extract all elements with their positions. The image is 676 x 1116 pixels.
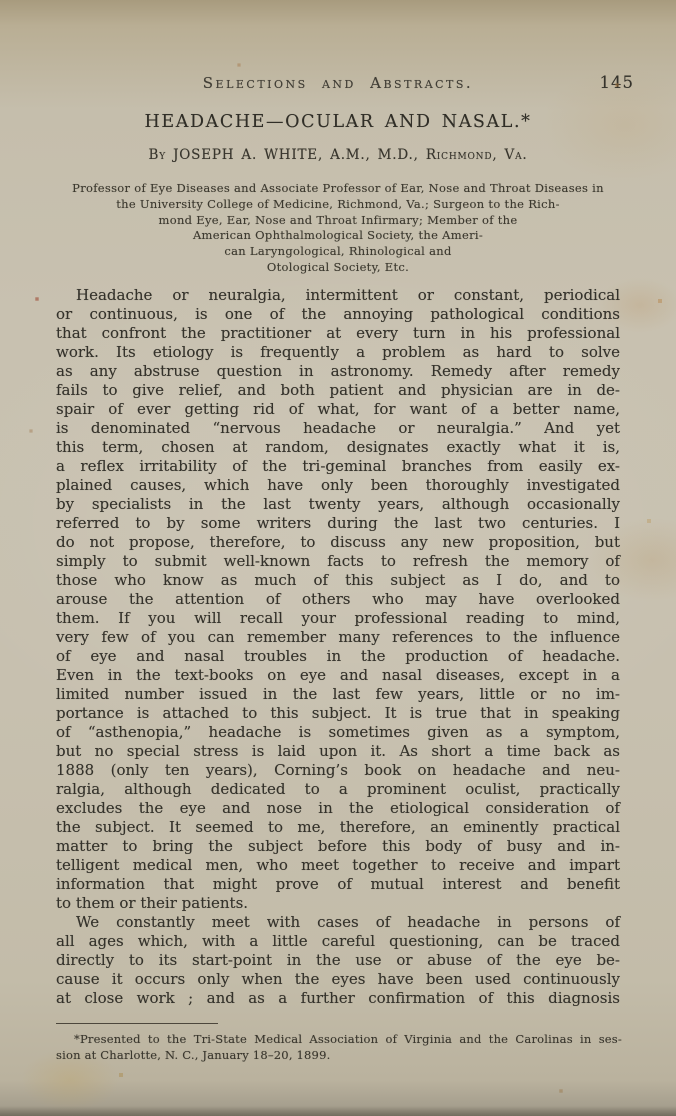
text-line: Otological Society, Etc. (30, 260, 646, 276)
body-paragraph: Headache or neuralgia, intermittent or c… (56, 286, 620, 913)
text-line: work. Its etiology is frequently a probl… (56, 343, 620, 362)
text-line: ralgia, although dedicated to a prominen… (56, 780, 620, 799)
text-line: this term, chosen at random, designates … (56, 438, 620, 457)
text-line: the subject. It seemed to me, therefore,… (56, 818, 620, 837)
byline-author-name: JOSEPH A. WHITE, A.M., M.D., (173, 147, 426, 163)
text-line: directly to its start-point in the use o… (56, 951, 620, 970)
byline-prefix: By (149, 147, 174, 163)
text-line: 1888 (only ten years), Corning’s book on… (56, 761, 620, 780)
text-line: is denominated “nervous headache or neur… (56, 419, 620, 438)
scan-bottom-edge (0, 1106, 676, 1116)
text-line: the University College of Medicine, Rich… (30, 197, 646, 213)
text-line: very few of you can remember many refere… (56, 628, 620, 647)
text-line: do not propose, therefore, to discuss an… (56, 533, 620, 552)
article-body: Headache or neuralgia, intermittent or c… (56, 286, 620, 1008)
text-line: portance is attached to this subject. It… (56, 704, 620, 723)
text-line: mond Eye, Ear, Nose and Throat Infirmary… (30, 213, 646, 229)
text-line: telligent medical men, who meet together… (56, 856, 620, 875)
article-title: HEADACHE—OCULAR AND NASAL.* (0, 112, 676, 132)
text-line: all ages which, with a little careful qu… (56, 932, 620, 951)
text-line: of “asthenopia,” headache is sometimes g… (56, 723, 620, 742)
text-line: sion at Charlotte, N. C., January 18–20,… (56, 1048, 622, 1064)
text-line: Even in the text-books on eye and nasal … (56, 666, 620, 685)
text-line: arouse the attention of others who may h… (56, 590, 620, 609)
text-line: spair of ever getting rid of what, for w… (56, 400, 620, 419)
scan-speck-artifacts (0, 0, 2, 2)
running-head: Selections and Abstracts. (0, 74, 676, 92)
text-line: a reflex irritability of the tri-geminal… (56, 457, 620, 476)
text-line: as any abstruse question in astronomy. R… (56, 362, 620, 381)
text-line: excludes the eye and nose in the etiolog… (56, 799, 620, 818)
text-line: by specialists in the last twenty years,… (56, 495, 620, 514)
text-line: that confront the practitioner at every … (56, 324, 620, 343)
text-line: information that might prove of mutual i… (56, 875, 620, 894)
text-line: can Laryngological, Rhinological and (30, 244, 646, 260)
author-affiliation: Professor of Eye Diseases and Associate … (30, 181, 646, 276)
text-line: plained causes, which have only been tho… (56, 476, 620, 495)
text-line: Headache or neuralgia, intermittent or c… (56, 286, 620, 305)
text-line: or continuous, is one of the annoying pa… (56, 305, 620, 324)
text-line: them. If you will recall your profession… (56, 609, 620, 628)
text-line: limited number issued in the last few ye… (56, 685, 620, 704)
byline-location: Richmond, Va. (426, 147, 528, 163)
text-line: simply to submit well-known facts to ref… (56, 552, 620, 571)
footnote-separator-rule (56, 1023, 218, 1024)
footnote: *Presented to the Tri-State Medical Asso… (56, 1032, 622, 1063)
text-line: but no special stress is laid upon it. A… (56, 742, 620, 761)
text-line: matter to bring the subject before this … (56, 837, 620, 856)
text-line: We constantly meet with cases of headach… (56, 913, 620, 932)
text-line: at close work ; and as a further confirm… (56, 989, 620, 1008)
text-line: to them or their patients. (56, 894, 620, 913)
body-paragraph: We constantly meet with cases of headach… (56, 913, 620, 1008)
scanned-journal-page: Selections and Abstracts. 145 HEADACHE—O… (0, 0, 676, 1116)
text-line: *Presented to the Tri-State Medical Asso… (56, 1032, 622, 1048)
text-line: of eye and nasal troubles in the product… (56, 647, 620, 666)
byline: By JOSEPH A. WHITE, A.M., M.D., Richmond… (0, 147, 676, 163)
text-line: fails to give relief, and both patient a… (56, 381, 620, 400)
page-number: 145 (600, 73, 635, 92)
text-line: those who know as much of this subject a… (56, 571, 620, 590)
text-line: American Ophthalmological Society, the A… (30, 228, 646, 244)
text-line: referred to by some writers during the l… (56, 514, 620, 533)
text-line: cause it occurs only when the eyes have … (56, 970, 620, 989)
text-line: Professor of Eye Diseases and Associate … (30, 181, 646, 197)
